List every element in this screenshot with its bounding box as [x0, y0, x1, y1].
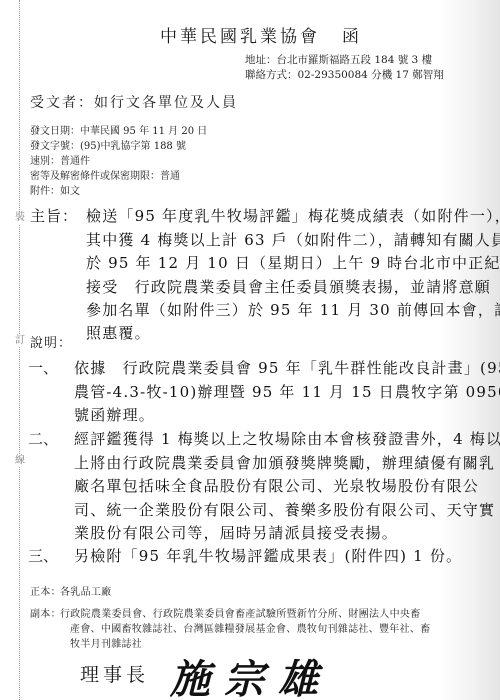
subject-label: 主旨： [30, 205, 78, 226]
meta-confidentiality: 密等及解密條件或保密期限：普通 [30, 167, 180, 182]
explanation-line: 農管-4.3-牧-10)辦理暨 95 年 11 月 15 日農牧字第 09501… [74, 381, 500, 402]
copy-recipients-line: 牧半月刊雜誌社 [70, 635, 142, 650]
organization-name: 中華民國乳業協會 [160, 27, 320, 47]
document-type: 函 [342, 27, 362, 47]
binding-mark-xian: 線 [13, 455, 27, 467]
binding-mark-ding: 訂 [13, 335, 27, 347]
explanation-line: 上將由行政院農業委員會加頒發獎牌獎勵，辦理績優有關乳 [74, 452, 495, 473]
subject-line: 接受 行政院農業委員會主任委員頒獎表揚，並請將意願 [86, 276, 491, 297]
explanation-line: 業股份有限公司等，屆時另請派員接受表揚。 [74, 522, 398, 543]
subject-line: 檢送「95 年度乳牛牧場評鑑」梅花獎成績表（如附件一）， [86, 205, 500, 226]
copy-recipients-line: 行政院農業委員會、行政院農業委員會畜產試驗所暨新竹分所、財團法人中央畜 [60, 605, 421, 620]
original-recipients: 各乳品工廠 [60, 583, 112, 598]
meta-doc-number: 發文字號：(95)中乳協字第 188 號 [30, 137, 186, 152]
item-number: 二、 [28, 428, 58, 449]
explanation-label: 說明： [30, 332, 72, 351]
letter-title: 中華民國乳業協會函 [160, 22, 362, 47]
item-number: 一、 [28, 357, 58, 378]
item-number: 三、 [28, 545, 58, 566]
signatory-name: 施宗雄 [170, 648, 332, 700]
copy-label: 副本： [30, 605, 61, 620]
subject-line: 於 95 年 12 月 10 日（星期日）上午 9 時台北市中正紀念堂 [86, 252, 500, 273]
binding-line [19, 0, 20, 700]
binding-mark-zhuang: 裝 [13, 212, 27, 224]
meta-urgency: 速別：普通件 [30, 152, 90, 167]
address: 地址：台北市羅斯福路五段 184 號 3 樓 [245, 52, 432, 67]
explanation-line: 另檢附「95 年乳牛牧場評鑑成果表」(附件四) 1 份。 [74, 545, 462, 566]
subject-line: 其中獲 4 梅獎以上計 63 戶（如附件二），請轉知有關人員 [86, 229, 500, 250]
meta-issue-date: 發文日期：中華民國 95 年 11 月 20 日 [30, 122, 207, 137]
recipient: 受文者：如行文各單位及人員 [30, 92, 238, 112]
explanation-line: 廠名單包括味全食品股份有限公司、光泉牧場股份有限公 [74, 475, 479, 496]
signatory-title: 理事長 [80, 660, 149, 687]
meta-attachment: 附件：如文 [30, 182, 80, 197]
original-label: 正本： [30, 583, 61, 598]
copy-recipients-line: 產會、中國畜牧雜誌社、台灣區雜糧發展基金會、農牧旬刊雜誌社、豐年社、畜 [70, 620, 431, 635]
official-letter-page: 裝 訂 線 中華民國乳業協會函 地址：台北市羅斯福路五段 184 號 3 樓 聯… [0, 0, 500, 700]
explanation-line: 經評鑑獲得 1 梅獎以上之牧場除由本會核發證書外，4 梅以 [74, 428, 500, 449]
explanation-line: 依據 行政院農業委員會 95 年「乳牛群性能改良計畫」(95- [74, 357, 500, 378]
explanation-line: 司、統一企業股份有限公司、養樂多股份有限公司、天守實 [74, 499, 495, 520]
subject-line: 參加名單（如附件三）於 95 年 11 月 30 前傳回本會，請 查 [86, 299, 500, 320]
contact-info: 聯絡方式：02-29350084 分機 17 鄭智翔 [245, 67, 444, 82]
subject-line: 照惠覆。 [86, 322, 151, 343]
explanation-line: 號函辦理。 [74, 404, 155, 425]
